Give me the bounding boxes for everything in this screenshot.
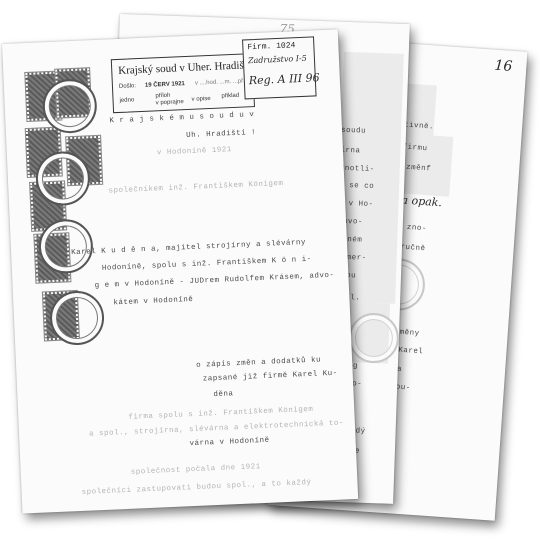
firm-registration-box: Firm. 1024 Zadružstvo I-5 Reg. A III 96 bbox=[242, 36, 317, 99]
typed-line: v Hodoníně 1921 bbox=[157, 146, 232, 157]
received-extra: v ....hod. ...m. ...př. bbox=[195, 78, 245, 86]
typed-line: společníci zastupovati budou spol., a to… bbox=[81, 479, 311, 497]
typed-line: firma spolu s inž. Františkem Königem bbox=[128, 406, 313, 422]
stamp-col: příloh bbox=[155, 93, 170, 100]
typed-line: Karel K u d ě n a, majitel strojírny a s… bbox=[71, 239, 306, 257]
page-number: 16 bbox=[494, 58, 513, 75]
typed-line: várna v Hodoníně bbox=[189, 437, 269, 448]
stamp-col: v opise bbox=[191, 96, 210, 103]
stamp-col: v poprajne bbox=[156, 99, 184, 106]
addressee-line: K r a j s k é m u s o u d u v bbox=[109, 111, 254, 125]
court-seal bbox=[348, 312, 400, 364]
stamp-col: jedno bbox=[119, 97, 134, 104]
court-receipt-stamp: Krajský soud v Uher. Hradišti Došlo: 19 … bbox=[111, 53, 255, 113]
typed-line: děna bbox=[213, 390, 233, 399]
typed-line: o zápis změn a dodatků ku bbox=[196, 356, 321, 369]
typed-line: společníkem inž. Františkem Königem bbox=[108, 180, 283, 196]
document-page-front: Krajský soud v Uher. Hradišti Došlo: 19 … bbox=[2, 29, 358, 513]
firm-number: Firm. 1024 bbox=[247, 41, 295, 52]
typed-line: společnost počala dne 1921 bbox=[131, 463, 261, 477]
typed-line: zapsané již firmě Karel Ku- bbox=[203, 370, 338, 384]
handwritten-note: Reg. A III 96 bbox=[249, 71, 320, 87]
received-date: 19 ČERV 1921 bbox=[145, 81, 185, 89]
typed-line: Hodoníně, spolu s inž. Františkem K ö n … bbox=[102, 256, 312, 273]
typed-line: a spol., strojírna, slévárna a elektrote… bbox=[89, 419, 344, 438]
typed-line: g e m v Hodoníně - JUDrem Rudolfem Kráse… bbox=[94, 272, 334, 290]
typed-line: kátem v Hodoníně bbox=[113, 296, 193, 307]
addressee-city: Uh. Hradišti ! bbox=[186, 129, 256, 140]
handwritten-note: Zadružstvo I-5 bbox=[248, 54, 307, 66]
stamp-col: přiklad bbox=[221, 93, 239, 100]
court-name: Krajský soud v Uher. Hradišti bbox=[118, 59, 250, 77]
received-label: Došlo: bbox=[119, 83, 136, 90]
